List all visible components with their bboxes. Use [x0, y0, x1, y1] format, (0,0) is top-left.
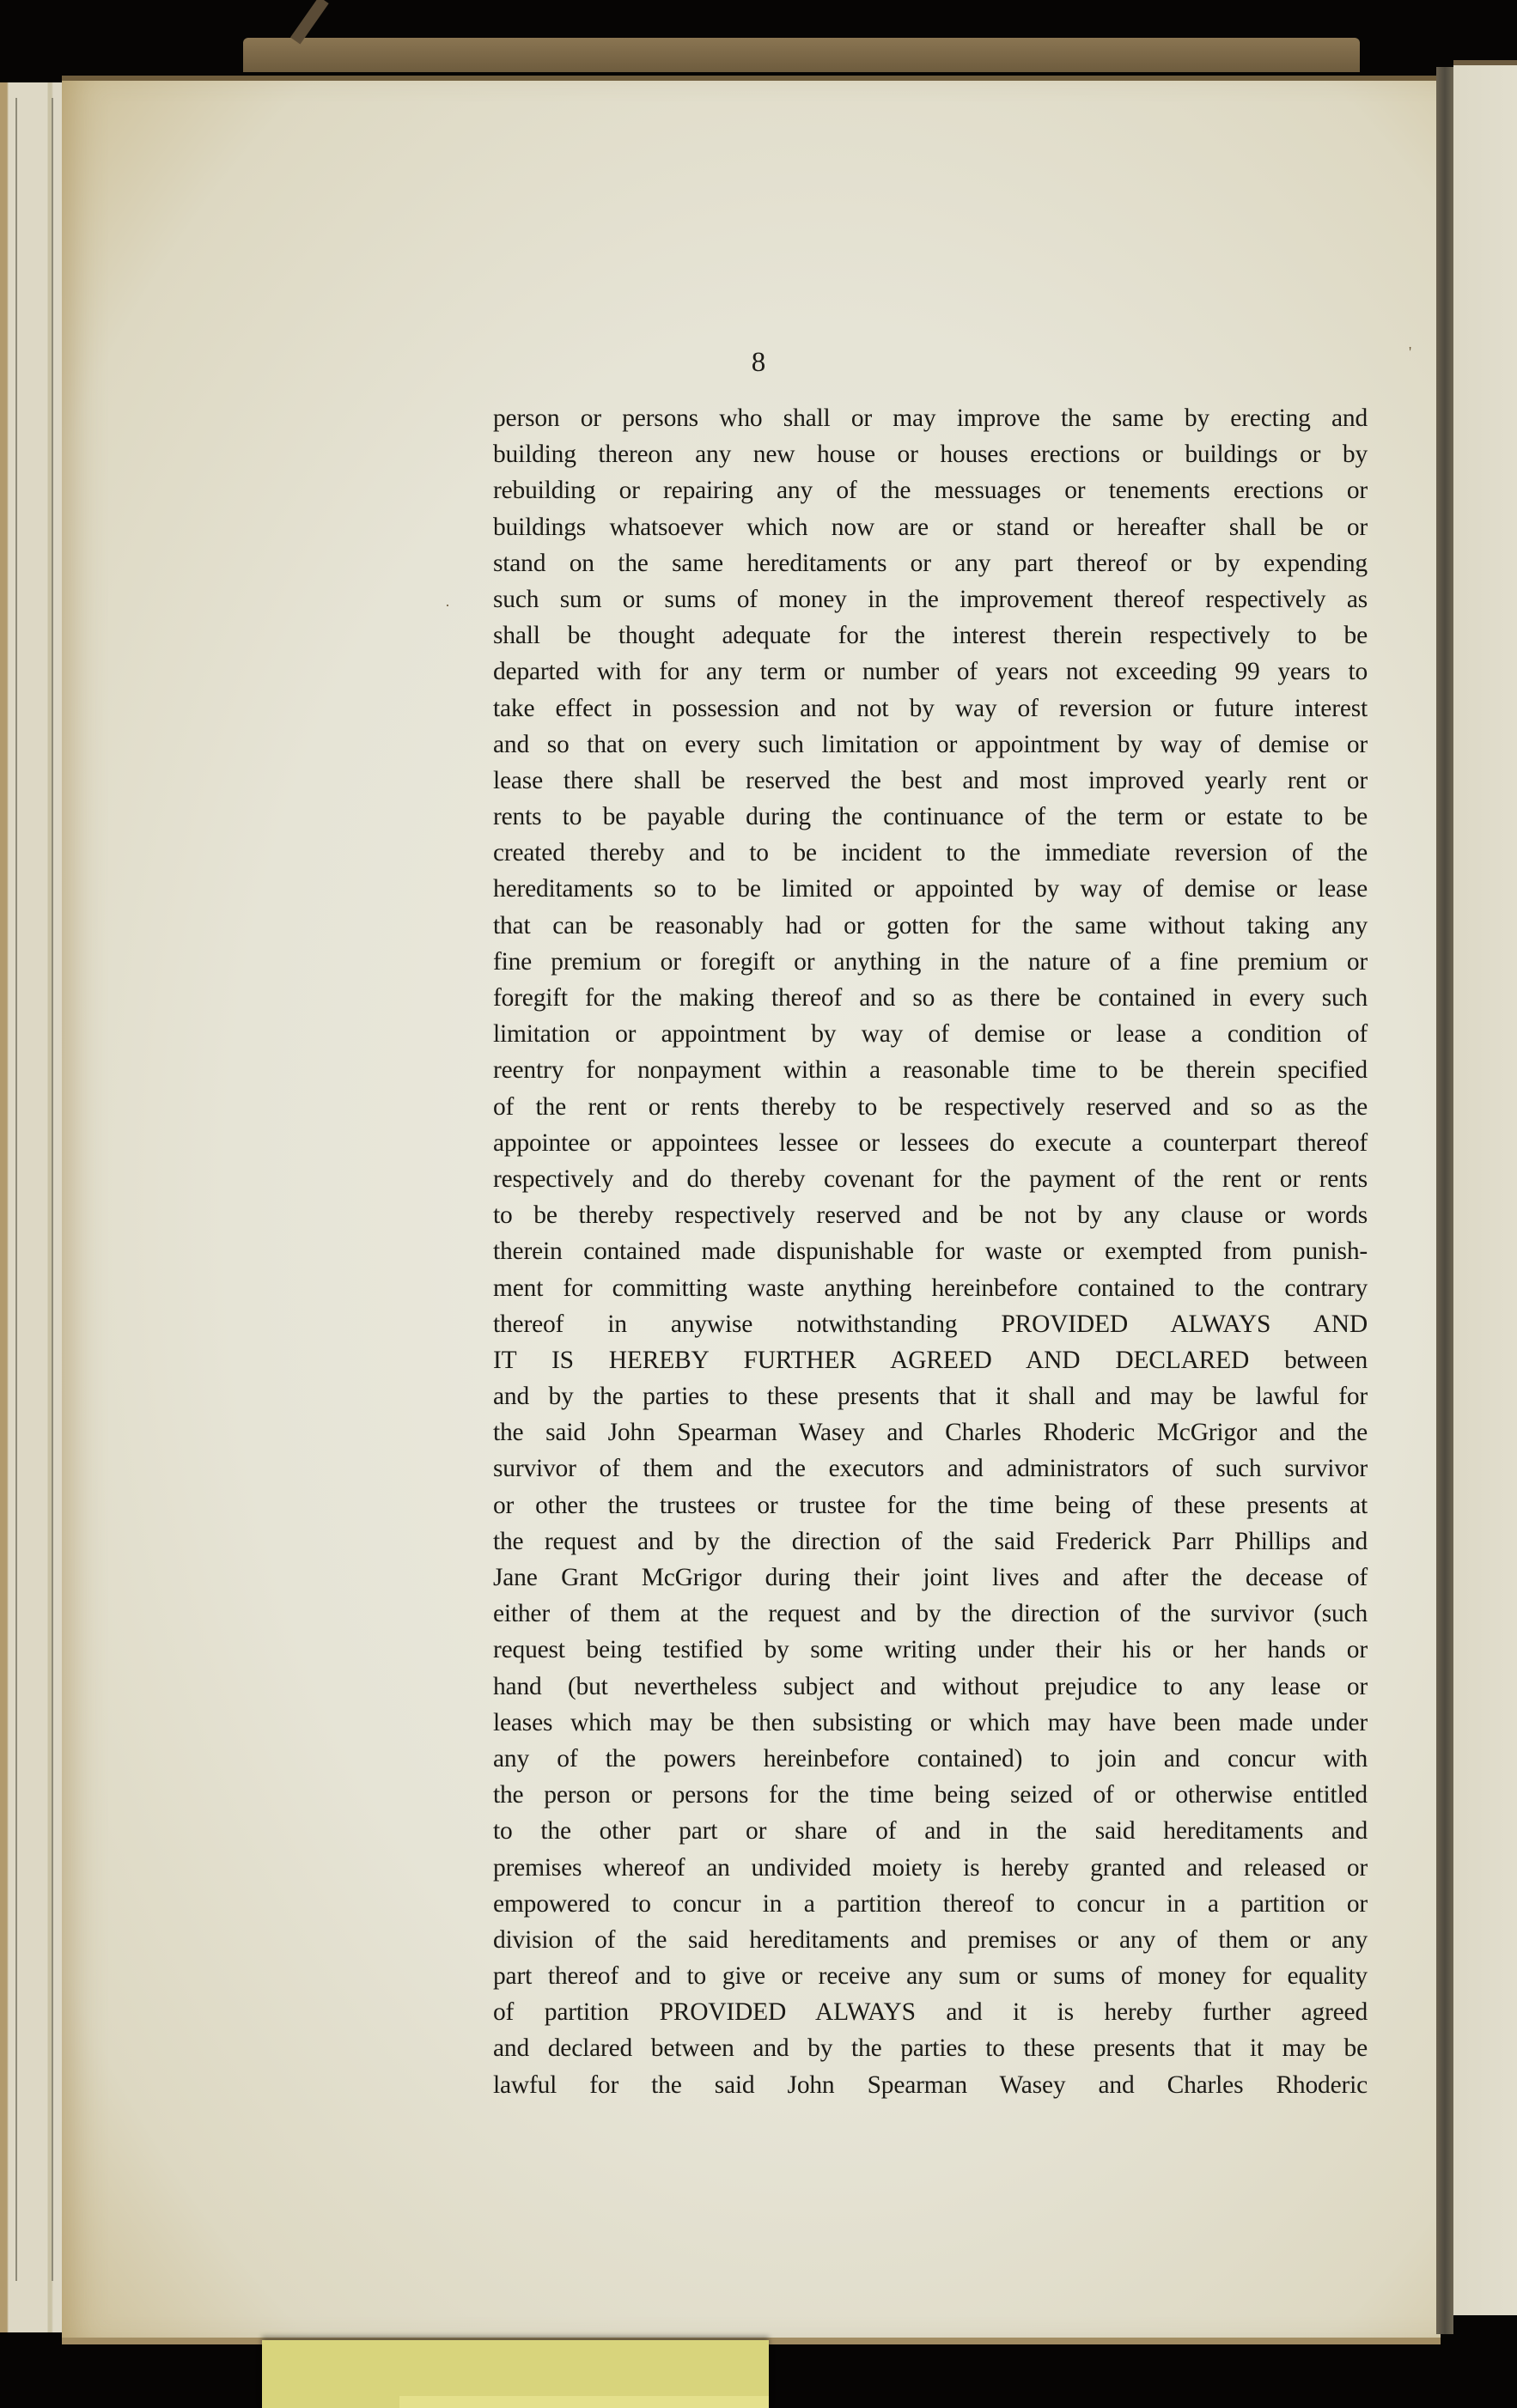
text-line: and by the parties to these presents tha… — [493, 1378, 1368, 1414]
text-line: or other the trustees or trustee for the… — [493, 1487, 1368, 1523]
book-top-edge — [243, 38, 1360, 72]
text-line: any of the powers hereinbefore contained… — [493, 1741, 1368, 1777]
text-line: and declared between and by the parties … — [493, 2030, 1368, 2066]
margin-mark: ' — [1409, 344, 1411, 362]
text-line: rents to be payable during the continuan… — [493, 799, 1368, 835]
text-line: person or persons who shall or may impro… — [493, 400, 1368, 436]
text-line: appointee or appointees lessee or lessee… — [493, 1125, 1368, 1161]
text-line: building thereon any new house or houses… — [493, 436, 1368, 472]
page-edge-line — [15, 98, 17, 2281]
text-line: respectively and do thereby covenant for… — [493, 1161, 1368, 1197]
text-line: leases which may be then subsisting or w… — [493, 1705, 1368, 1741]
stacked-page-edges — [0, 82, 69, 2332]
book-gutter — [1436, 67, 1453, 2334]
text-line: buildings whatsoever which now are or st… — [493, 509, 1368, 545]
text-line: fine premium or foregift or anything in … — [493, 944, 1368, 980]
text-line: take effect in possession and not by way… — [493, 690, 1368, 727]
text-line: of partition PROVIDED ALWAYS and it is h… — [493, 1994, 1368, 2030]
margin-mark: · — [445, 597, 450, 615]
text-line: division of the said hereditaments and p… — [493, 1922, 1368, 1958]
text-line: empowered to concur in a partition there… — [493, 1886, 1368, 1922]
text-line: such sum or sums of money in the improve… — [493, 581, 1368, 617]
text-line: Jane Grant McGrigor during their joint l… — [493, 1560, 1368, 1596]
body-text: person or persons who shall or may impro… — [493, 400, 1368, 2103]
page-edge-line — [52, 98, 53, 2281]
text-line: the said John Spearman Wasey and Charles… — [493, 1414, 1368, 1450]
text-line: lawful for the said John Spearman Wasey … — [493, 2067, 1368, 2103]
text-line: to be thereby respectively reserved and … — [493, 1197, 1368, 1233]
text-line: hand (but nevertheless subject and witho… — [493, 1669, 1368, 1705]
text-line: limitation or appointment by way of demi… — [493, 1016, 1368, 1052]
text-line: hereditaments so to be limited or appoin… — [493, 871, 1368, 907]
text-line: thereof in anywise notwithstanding PROVI… — [493, 1306, 1368, 1342]
text-line: rebuilding or repairing any of the messu… — [493, 472, 1368, 508]
page-number: 8 — [0, 347, 1517, 379]
text-line: therein contained made dispunishable for… — [493, 1233, 1368, 1269]
text-line: that can be reasonably had or gotten for… — [493, 908, 1368, 944]
text-line: stand on the same hereditaments or any p… — [493, 545, 1368, 581]
text-line: part thereof and to give or receive any … — [493, 1958, 1368, 1994]
adjacent-page — [1453, 60, 1517, 2315]
text-line: foregift for the making thereof and so a… — [493, 980, 1368, 1016]
text-line: lease there shall be reserved the best a… — [493, 763, 1368, 799]
text-line: shall be thought adequate for the intere… — [493, 617, 1368, 654]
text-line: either of them at the request and by the… — [493, 1596, 1368, 1632]
text-line: survivor of them and the executors and a… — [493, 1450, 1368, 1487]
sticky-note-tab-lower — [399, 2396, 769, 2408]
text-line: departed with for any term or number of … — [493, 654, 1368, 690]
text-line: reentry for nonpayment within a reasonab… — [493, 1052, 1368, 1088]
text-line: premises whereof an undivided moiety is … — [493, 1850, 1368, 1886]
text-line: request being testified by some writing … — [493, 1632, 1368, 1668]
text-line: and so that on every such limitation or … — [493, 727, 1368, 763]
text-line: ment for committing waste anything herei… — [493, 1270, 1368, 1306]
text-line: the person or persons for the time being… — [493, 1777, 1368, 1813]
text-line: IT IS HEREBY FURTHER AGREED AND DECLARED… — [493, 1342, 1368, 1378]
text-line: to the other part or share of and in the… — [493, 1813, 1368, 1849]
text-line: the request and by the direction of the … — [493, 1523, 1368, 1560]
text-line: created thereby and to be incident to th… — [493, 835, 1368, 871]
text-line: of the rent or rents thereby to be respe… — [493, 1089, 1368, 1125]
